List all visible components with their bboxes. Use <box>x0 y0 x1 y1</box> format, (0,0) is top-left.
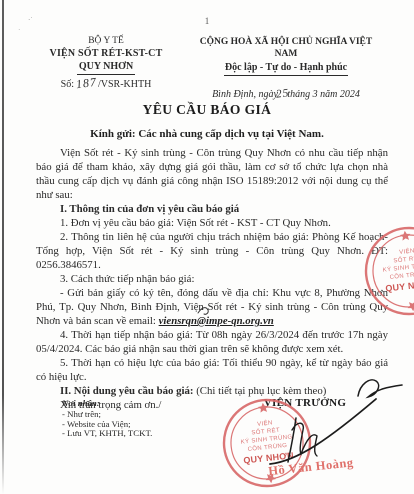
doc-number-prefix: Số: <box>61 79 74 90</box>
date-suffix: tháng 3 năm 2024 <box>287 89 360 100</box>
national-motto: Độc lập - Tự do - Hạnh phúc <box>224 62 348 76</box>
date-day-handwritten: 25 <box>275 88 290 101</box>
salutation-line: Kính gửi: Các nhà cung cấp dịch vụ tại V… <box>0 128 414 140</box>
document-title: YÊU CẦU BÁO GIÁ <box>0 102 414 118</box>
header-national-block: CỘNG HOÀ XÃ HỘI CHỦ NGHĨA VIỆT NAM Độc l… <box>188 37 384 100</box>
scan-edge-artifact <box>2 0 4 494</box>
date-prefix: Bình Định, ngày <box>212 89 278 100</box>
recipients-label: Nơi nhận: <box>62 399 202 409</box>
institute-round-stamp-right: VIỆN SỐT RÉT KÝ SINH TRÙNG CÔN TRÙNG QUY… <box>357 219 414 322</box>
recipient-item: - Lưu VT, KHTH, TCKT. <box>62 429 202 439</box>
item-4: 4. Thời hạn tiếp nhận báo giá: Từ 08h ng… <box>36 328 388 356</box>
intro-paragraph: Viện Sốt rét - Ký sinh trùng - Côn trùng… <box>36 146 388 202</box>
date-line: Bình Định, ngày25tháng 3 năm 2024 <box>188 89 384 101</box>
recipients-block: Nơi nhận: - Như trên; - Website của Viện… <box>62 399 202 439</box>
section-2-heading: II. Nội dung yêu cầu báo giá: <box>60 385 194 397</box>
stamp-text: SỐT RÉT <box>393 255 414 265</box>
header-issuer-block: BỘ Y TẾ VIỆN SỐT RÉT-KST-CT QUY NHƠN Số:… <box>33 36 179 90</box>
ministry-name: BỘ Y TẾ <box>33 36 179 48</box>
item-2: 2. Thông tin liên hệ của người chịu trác… <box>36 230 388 272</box>
item-1: 1. Đơn vị yêu cầu báo giá: Viện Sốt rét … <box>36 216 388 230</box>
scan-speck: ˙ <box>18 28 20 36</box>
handwritten-correction-mark <box>196 304 222 318</box>
page-number: 1 <box>0 16 414 26</box>
section-1-heading: I. Thông tin của đơn vị yêu cầu báo giá <box>36 202 388 216</box>
institute-name: VIỆN SỐT RÉT-KST-CT <box>33 48 179 60</box>
document-number: Số: 187 /VSR-KHTH <box>33 78 179 91</box>
handwritten-signature <box>230 372 414 494</box>
doc-number-handwritten: 187 <box>75 76 97 90</box>
doc-number-suffix: /VSR-KHTH <box>98 79 151 90</box>
item-3: 3. Cách thức tiếp nhận báo giá: <box>36 272 388 286</box>
stamp-text: VIỆN <box>399 246 414 256</box>
institute-locality: QUY NHƠN <box>77 61 135 75</box>
national-title: CỘNG HOÀ XÃ HỘI CHỦ NGHĨA VIỆT NAM <box>188 37 384 60</box>
scanned-document-page: ·˙ ˙ 1 BỘ Y TẾ VIỆN SỐT RÉT-KST-CT QUY N… <box>0 0 414 494</box>
